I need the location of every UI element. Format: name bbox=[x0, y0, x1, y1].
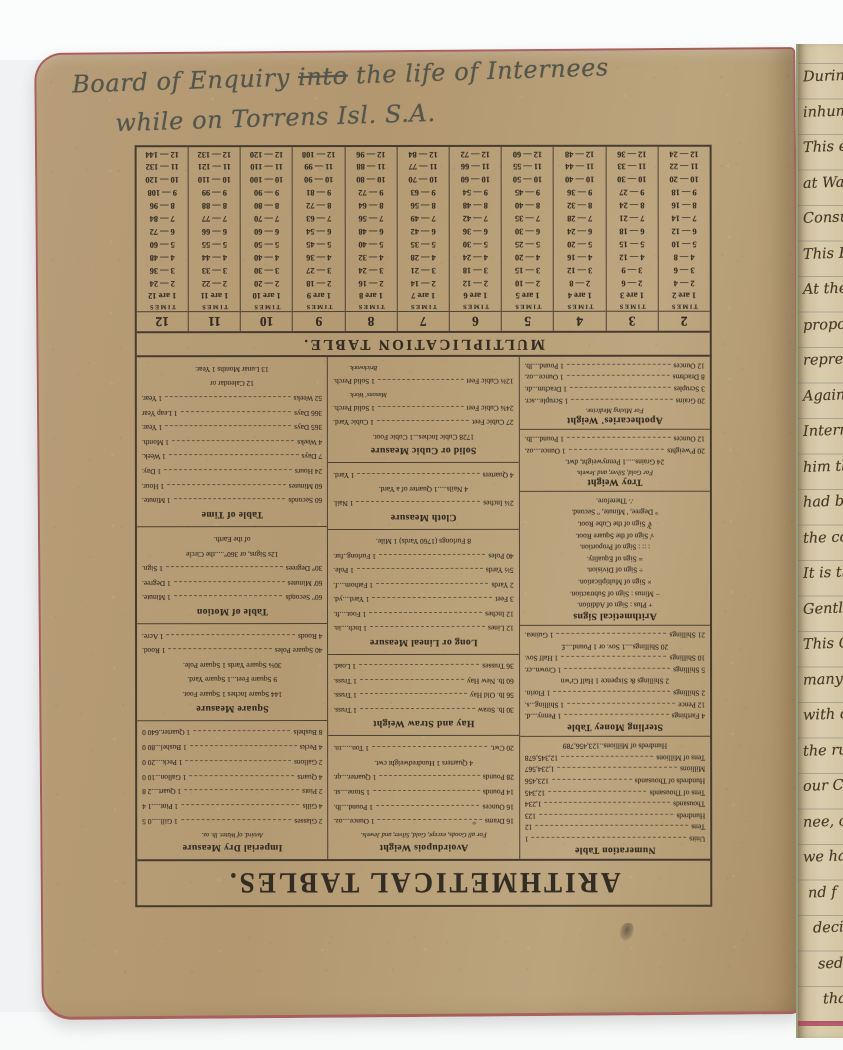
times-row: 5 — 45 bbox=[293, 237, 344, 250]
table-line: 12 Lines1 Inch....in. bbox=[333, 623, 513, 634]
line-left: 16 Drams bbox=[485, 816, 514, 827]
dash-leader bbox=[532, 837, 687, 838]
times-row: 10 — 70 bbox=[398, 172, 449, 185]
times-row: 3 — 30 bbox=[241, 263, 292, 276]
times-label: TIMES bbox=[137, 302, 188, 312]
table-line: 2 Shillings1 Florin. bbox=[525, 687, 705, 698]
line-left: 10 Shillings bbox=[670, 652, 706, 663]
times-row: 1 are 6 bbox=[450, 288, 501, 301]
line-right: 1 Pound....lb. bbox=[334, 801, 373, 812]
line-left: 4 Gills bbox=[303, 801, 323, 812]
line-right: 1 Leap Year bbox=[142, 407, 178, 418]
line-right: 1 Day. bbox=[142, 466, 161, 477]
line-left: 24 Hours bbox=[295, 466, 322, 477]
times-row: 9 — 18 bbox=[658, 185, 709, 198]
handwriting-fragment: At the c bbox=[803, 280, 843, 298]
dash-leader bbox=[376, 583, 488, 584]
line-left: 52 Weeks bbox=[294, 392, 323, 403]
table-line: 30¼ Square Yards 1 Square Pole. bbox=[142, 659, 322, 670]
section-title: Table of Motion bbox=[142, 606, 322, 617]
handwriting-fragment: nee, ch bbox=[803, 813, 843, 831]
times-row: 9 — 90 bbox=[241, 185, 292, 198]
line-left: Hundreds of Thousands bbox=[635, 775, 705, 786]
times-row: 1 are 2 bbox=[659, 288, 710, 301]
line-left: 30° Degrees bbox=[286, 563, 322, 574]
table-line: 40 Square Poles1 Rood. bbox=[142, 645, 322, 656]
line-left: 2 Gallons bbox=[294, 756, 323, 767]
line-left: 60 Seconds bbox=[288, 495, 322, 506]
times-head: 6 bbox=[450, 311, 501, 331]
table-section-arithmetical-signs: Arithmetical Signs+ Plus : Sign of Addit… bbox=[520, 492, 710, 626]
section-subtitle: For Mixing Medicine. bbox=[525, 406, 705, 414]
line-left: 24¾ Cubic Feet bbox=[466, 402, 513, 413]
paper-speck bbox=[290, 593, 294, 596]
line-right: 1 Guinea. bbox=[525, 629, 554, 640]
handwriting-fragment: This enq bbox=[803, 138, 843, 156]
handwriting-fragment: sed bbox=[818, 955, 843, 972]
times-row: 4 — 44 bbox=[189, 250, 240, 263]
dash-leader bbox=[165, 425, 291, 426]
dash-leader bbox=[379, 775, 480, 776]
times-row: 5 — 35 bbox=[398, 237, 449, 250]
table-line: ÷ Sign of Division. bbox=[525, 565, 705, 576]
times-column-8: 8TIMES1 are 82 — 163 — 244 — 325 — 406 —… bbox=[345, 147, 397, 331]
line-left: 3 Feet bbox=[495, 594, 513, 605]
handwriting-fragment: Consul bbox=[803, 209, 843, 227]
dash-leader bbox=[164, 469, 292, 470]
line-left: 4 Roods bbox=[298, 630, 322, 641]
times-row: 4 — 8 bbox=[659, 250, 710, 263]
table-line: 20 P'weights1 Ounce....oz. bbox=[525, 445, 705, 456]
table-line: 28 Pounds1 Quarter....qr. bbox=[333, 772, 513, 783]
handwriting-fragment: that bbox=[823, 990, 843, 1007]
dash-leader bbox=[360, 693, 467, 694]
notebook-back-cover: Board of Enquiry into the life of Intern… bbox=[34, 47, 803, 1020]
handwriting-fragment: Again bbox=[803, 387, 843, 404]
dash-leader bbox=[370, 626, 485, 627]
dash-leader bbox=[184, 790, 299, 791]
line-right: 1 Penny....d. bbox=[525, 711, 561, 722]
dash-leader bbox=[539, 813, 673, 814]
table-line: 20 Shillings....1 Sov. or 1 Pound....£ bbox=[525, 641, 705, 652]
times-row: 9 — 72 bbox=[345, 185, 396, 198]
line-right: 1 Ounce....oz. bbox=[334, 816, 375, 827]
times-row: 9 — 54 bbox=[450, 185, 501, 198]
handwriting-fragment: our Co bbox=[803, 777, 843, 795]
table-line: 4 Pecks1 Bushel...80 0 bbox=[142, 742, 322, 753]
dash-leader bbox=[561, 755, 653, 756]
dash-leader bbox=[556, 633, 666, 634]
times-row: 10 — 120 bbox=[137, 173, 188, 186]
times-row: 7 — 77 bbox=[189, 211, 240, 224]
times-row: 5 — 30 bbox=[450, 237, 501, 250]
multiplication-table-title: MULTIPLICATION TABLE. bbox=[137, 331, 710, 358]
times-row: 2 — 8 bbox=[554, 275, 605, 288]
times-row: 7 — 21 bbox=[606, 211, 657, 224]
line-left: 2 Yards bbox=[491, 579, 513, 590]
table-line: = Sign of Equality. bbox=[525, 553, 705, 564]
line-right: 1 Stone....st. bbox=[334, 786, 371, 797]
dash-leader bbox=[570, 387, 671, 388]
times-row: 6 — 30 bbox=[502, 224, 553, 237]
handwriting-fragment: propose bbox=[803, 315, 843, 333]
dash-leader bbox=[169, 455, 299, 456]
times-row: 4 — 36 bbox=[293, 250, 344, 263]
table-line: Tens of Millions12,345,678 bbox=[525, 752, 705, 763]
line-right: 12,345,678 bbox=[525, 752, 558, 763]
handwriting-fragment: Interne bbox=[803, 422, 843, 440]
line-left: Tens of Thousands bbox=[650, 787, 706, 798]
times-label: TIMES bbox=[345, 301, 396, 311]
section-title: Long or Lineal Measure bbox=[333, 637, 513, 648]
times-row: 11 — 132 bbox=[137, 160, 188, 173]
table-line: 24 Hours1 Day. bbox=[142, 466, 322, 477]
times-label: TIMES bbox=[293, 302, 344, 312]
times-row: 2 — 18 bbox=[293, 276, 344, 289]
table-line: 14 Pounds1 Stone....st. bbox=[334, 786, 514, 797]
table-line: ∛ Sign of the Cube Root. bbox=[525, 518, 705, 529]
times-row: 10 — 80 bbox=[345, 172, 396, 185]
times-row: 3 — 12 bbox=[554, 263, 605, 276]
times-row: 8 — 40 bbox=[502, 198, 553, 211]
line-left: 12 Ounces bbox=[673, 360, 704, 371]
times-column-7: 7TIMES1 are 72 — 143 — 214 — 285 — 356 —… bbox=[397, 147, 449, 331]
times-head: 2 bbox=[659, 311, 710, 331]
handwriting-fragment: This Co bbox=[803, 635, 843, 653]
times-row: 3 — 21 bbox=[398, 263, 449, 276]
times-head: 7 bbox=[398, 311, 449, 331]
line-right: 1 Shilling...s. bbox=[525, 699, 564, 710]
times-row: 3 — 36 bbox=[137, 263, 188, 276]
line-right: 123,456 bbox=[525, 775, 549, 786]
line-right: 1 Furlong..fur. bbox=[333, 550, 376, 561]
times-row: 9 — 81 bbox=[293, 185, 344, 198]
times-row: 10 — 40 bbox=[554, 172, 605, 185]
dash-leader bbox=[373, 790, 480, 791]
times-row: 3 — 18 bbox=[450, 263, 501, 276]
dash-leader bbox=[360, 679, 464, 680]
times-row: 5 — 10 bbox=[659, 237, 710, 250]
times-column-9: 9TIMES1 are 92 — 183 — 274 — 365 — 456 —… bbox=[293, 147, 345, 331]
table-line: × Sign of Multiplication. bbox=[525, 576, 705, 587]
table-line: 4 Quarters1 Yard. bbox=[333, 469, 513, 480]
section-title: Numeration Table bbox=[525, 845, 705, 856]
dash-leader bbox=[168, 648, 271, 649]
times-row: 8 — 16 bbox=[658, 198, 709, 211]
line-right: 1 Week. bbox=[142, 451, 166, 462]
line-left: 8 Drachms bbox=[673, 371, 705, 382]
section-title: Troy Weight bbox=[525, 477, 705, 488]
times-row: 2 — 24 bbox=[137, 276, 188, 289]
times-row: 2 — 20 bbox=[241, 276, 292, 289]
handwriting-fragment: we ha bbox=[803, 848, 843, 866]
times-row: 1 are 9 bbox=[293, 289, 344, 302]
caption-text: the life of Internees bbox=[347, 53, 609, 89]
table-line: Thousands1,234 bbox=[525, 798, 705, 809]
table-line: 12 Ounces1 Pound....lb. bbox=[525, 433, 705, 444]
times-row: 8 — 64 bbox=[345, 198, 396, 211]
table-line: 10 Shillings1 Half Sov. bbox=[525, 652, 705, 663]
table-line: 8 Drachms1 Ounce...oz. bbox=[524, 371, 704, 382]
times-row: 9 — 36 bbox=[554, 185, 605, 198]
times-row: 3 — 6 bbox=[659, 262, 710, 275]
handwriting-fragment: with o bbox=[803, 706, 843, 724]
dash-leader bbox=[548, 790, 646, 791]
handwriting-fragment: inhuma bbox=[803, 103, 843, 121]
times-row: 12 — 84 bbox=[397, 147, 448, 160]
line-right: 1 Yard. bbox=[333, 469, 354, 480]
table-line: 56 lb. Old Hay1 Truss. bbox=[333, 690, 513, 701]
table-line: − Minus : Sign of Subtraction. bbox=[525, 588, 705, 599]
line-right: 1 Pole. bbox=[333, 565, 354, 576]
line-right: 1 Nail. bbox=[333, 498, 353, 509]
table-section-sterling-money-table: Sterling Money Table4 Farthings1 Penny..… bbox=[520, 626, 710, 737]
table-line: 12⅔ Cubic Feet1 Solid Perch. bbox=[333, 375, 513, 386]
table-line: + Plus : Sign of Addition. bbox=[525, 599, 705, 610]
handwriting-fragment: deci bbox=[813, 919, 843, 936]
table-line: 60 Minutes1 Hour. bbox=[142, 480, 322, 491]
table-line: 12 Calendar or bbox=[142, 378, 322, 389]
times-head: 3 bbox=[606, 311, 657, 331]
dash-leader bbox=[372, 746, 487, 747]
line-left: 21 Shillings bbox=[669, 629, 705, 640]
table-section-long-or-lineal-measure: Long or Lineal Measure12 Lines1 Inch....… bbox=[328, 530, 518, 655]
handwriting-fragment: had be bbox=[803, 493, 843, 511]
dash-leader bbox=[379, 554, 485, 555]
line-left: Units bbox=[689, 833, 705, 844]
table-line: 4 Weeks1 Month. bbox=[142, 436, 322, 447]
table-line: 4 Roods1 Acre. bbox=[142, 630, 322, 641]
times-row: 7 — 70 bbox=[241, 211, 292, 224]
times-row: 11 — 99 bbox=[293, 160, 344, 173]
table-line: Tens12 bbox=[525, 821, 705, 832]
line-right: 1 Gallon...10 0 bbox=[142, 771, 186, 782]
times-head: 4 bbox=[554, 311, 605, 331]
times-row: 5 — 15 bbox=[606, 237, 657, 250]
times-row: 12 — 144 bbox=[137, 147, 188, 160]
table-line: 4 Quarts1 Gallon...10 0 bbox=[142, 771, 322, 782]
dash-leader bbox=[174, 595, 283, 596]
table-section-hay-and-straw-weight: Hay and Straw Weight30 lb. Straw1 Truss.… bbox=[328, 655, 518, 736]
table-line: 60" Seconds1 Minute. bbox=[142, 592, 322, 603]
line-right: 1 Drachm...dr. bbox=[524, 383, 567, 394]
line-right: 1 Ton......tn. bbox=[333, 742, 368, 753]
line-right: 1 Year. bbox=[142, 422, 162, 433]
table-line: √ Sign of the Square Root. bbox=[525, 530, 705, 541]
times-row: 10 — 100 bbox=[241, 173, 292, 186]
times-label: TIMES bbox=[502, 301, 553, 311]
times-row: 11 — 88 bbox=[345, 160, 396, 173]
table-line: 2 Yards1 Fathom....f. bbox=[333, 579, 513, 590]
table-line: 2 Shillings & Sixpence 1 Half Cr'wn bbox=[525, 676, 705, 687]
section-subtitle: For Gold, Silver, and Jewels. bbox=[525, 468, 705, 476]
handwriting-fragment: This En bbox=[803, 245, 843, 263]
table-section-cloth-measure: Cloth Measure2¼ Inches1 Nail.4 Nails....… bbox=[328, 463, 518, 530]
dash-leader bbox=[557, 767, 677, 768]
line-left: Thousands bbox=[673, 798, 705, 809]
dash-leader bbox=[571, 398, 673, 399]
times-row: 5 — 50 bbox=[241, 237, 292, 250]
times-row: 8 — 56 bbox=[398, 198, 449, 211]
table-line: ∴ Therefore. bbox=[525, 495, 705, 506]
dash-leader bbox=[180, 411, 291, 412]
times-row: 6 — 18 bbox=[606, 224, 657, 237]
dash-leader bbox=[356, 501, 480, 502]
times-row: 4 — 32 bbox=[345, 250, 396, 263]
table-section-numeration-table: Numeration TableUnits1Tens12Hundreds123T… bbox=[520, 737, 710, 859]
scanned-notebook-photo: { "colors": { "cover_paper": "#b49a73", … bbox=[0, 0, 843, 1050]
table-section-troy-weight: Troy WeightFor Gold, Silver, and Jewels.… bbox=[520, 430, 710, 492]
times-row: 1 are 8 bbox=[345, 289, 396, 302]
times-row: 8 — 72 bbox=[293, 198, 344, 211]
times-row: 2 — 16 bbox=[345, 276, 396, 289]
table-line: : :: : Sign of Proportion. bbox=[525, 541, 705, 552]
line-right: 1,234,567 bbox=[525, 764, 555, 775]
times-row: 12 — 24 bbox=[658, 146, 709, 159]
table-line: 27 Cubic Feet1 Cubic Yard. bbox=[333, 416, 513, 427]
times-row: 5 — 20 bbox=[554, 237, 605, 250]
times-row: 4 — 48 bbox=[137, 250, 188, 263]
dash-leader bbox=[185, 760, 291, 761]
dash-leader bbox=[544, 802, 670, 803]
table-line: 366 Days1 Leap Year bbox=[142, 407, 322, 418]
table-section-imperial-dry-measure: Imperial Dry MeasureAvoird. of Water. lb… bbox=[137, 721, 327, 860]
table-line: 7 Days1 Week. bbox=[142, 451, 322, 462]
section-title: Cloth Measure bbox=[333, 512, 513, 523]
line-right: 1 Florin. bbox=[525, 687, 550, 698]
line-right: 1 Half Sov. bbox=[525, 653, 558, 664]
times-column-2: 2TIMES1 are 22 — 43 — 64 — 85 — 106 — 12… bbox=[658, 147, 709, 331]
table-line: Hundreds123 bbox=[525, 810, 705, 821]
line-right: 1 Fathom....f. bbox=[333, 579, 373, 590]
times-head: 8 bbox=[345, 311, 396, 331]
table-line: Masons' Work. bbox=[333, 390, 513, 399]
table-line: 365 Days1 Year. bbox=[142, 422, 322, 433]
handwriting-fragment: During Jun bbox=[803, 67, 843, 86]
table-line: 12 Pence1 Shilling...s. bbox=[525, 699, 705, 710]
line-right: 1 Gill.....0 5 bbox=[142, 816, 178, 827]
dash-leader bbox=[360, 708, 475, 709]
line-left: 5 Shillings bbox=[673, 664, 705, 675]
arithmetical-tables-columns: Numeration TableUnits1Tens12Hundreds123T… bbox=[137, 357, 710, 859]
times-row: 6 — 36 bbox=[450, 224, 501, 237]
section-title: Hay and Straw Weight bbox=[333, 718, 513, 729]
times-row: 2 — 14 bbox=[398, 276, 449, 289]
line-left: 4 Farthings bbox=[672, 710, 705, 721]
times-label: TIMES bbox=[554, 301, 605, 311]
times-row: 6 — 60 bbox=[241, 224, 292, 237]
line-right: 1 Year. bbox=[142, 393, 162, 404]
caption-struck-word: into bbox=[298, 62, 349, 92]
line-right: 1 Minute. bbox=[142, 495, 171, 506]
ink-blot bbox=[618, 921, 636, 942]
section-title: Solid or Cubic Measure bbox=[333, 445, 513, 456]
times-row: 11 — 121 bbox=[189, 160, 240, 173]
handwriting-fragment: repres bbox=[803, 351, 843, 369]
handwriting-fragment: nd f bbox=[808, 884, 837, 901]
section-title: Apothecaries' Weight bbox=[525, 415, 705, 426]
handwriting-fragment: It is the bbox=[803, 564, 843, 582]
times-row: 6 — 66 bbox=[189, 224, 240, 237]
line-left: 20 Grains bbox=[676, 395, 705, 406]
table-line: 2¼ Inches1 Nail. bbox=[333, 498, 513, 509]
table-line: 12 Ounces1 Pound....lb. bbox=[524, 360, 704, 371]
times-column-10: 10TIMES1 are 102 — 203 — 304 — 405 — 506… bbox=[241, 147, 293, 331]
times-row: 1 are 5 bbox=[502, 288, 553, 301]
table-line: 24 Grains.....1 Pennyweight, dwt. bbox=[525, 456, 705, 467]
times-row: 1 are 3 bbox=[606, 288, 657, 301]
line-right: 1 Truss. bbox=[333, 704, 356, 715]
times-row: 4 — 16 bbox=[554, 250, 605, 263]
dash-leader bbox=[166, 634, 295, 635]
table-section-square-measure: Square Measure144 Square Inches 1 Square… bbox=[137, 624, 327, 721]
line-right: 1 Cubic Yard. bbox=[333, 417, 374, 428]
table-line: 16 Ounces1 Pound....lb. bbox=[334, 801, 514, 812]
table-line: 60' Minutes1 Degree. bbox=[142, 577, 322, 588]
times-row: 1 are 7 bbox=[398, 289, 449, 302]
line-left: 30 lb. Straw bbox=[478, 704, 514, 715]
times-row: 9 — 63 bbox=[398, 185, 449, 198]
table-line: 5½ Yards1 Pole. bbox=[333, 565, 513, 576]
times-row: 9 — 108 bbox=[137, 186, 188, 199]
table-line: 3 Feet1 Yard....yd. bbox=[333, 594, 513, 605]
line-left: 4 Pecks bbox=[300, 742, 323, 753]
times-column-3: 3TIMES1 are 32 — 63 — 94 — 125 — 156 — 1… bbox=[606, 147, 658, 331]
times-label: TIMES bbox=[398, 301, 449, 311]
times-row: 10 — 50 bbox=[502, 172, 553, 185]
paper-speck bbox=[472, 822, 476, 825]
dash-leader bbox=[567, 363, 671, 364]
line-left: 12 Ounces bbox=[673, 433, 704, 444]
table-line: of the Earth. bbox=[142, 533, 322, 544]
table-line: 4 Quarters 1 Hundredweight cwt. bbox=[333, 757, 513, 768]
handwritten-caption: Board of Enquiry into the life of Intern… bbox=[71, 44, 713, 145]
times-column-6: 6TIMES1 are 62 — 123 — 184 — 245 — 306 —… bbox=[450, 147, 502, 331]
table-section-table-of-motion: Table of Motion60" Seconds1 Minute.60' M… bbox=[137, 527, 327, 624]
times-head: 12 bbox=[137, 311, 188, 331]
times-row: 6 — 72 bbox=[137, 224, 188, 237]
line-right: 1 Pound....lb. bbox=[524, 360, 563, 371]
line-left: 12 Lines bbox=[488, 623, 514, 634]
times-row: 4 — 24 bbox=[450, 250, 501, 263]
line-right: 1 Inch....in. bbox=[333, 623, 367, 634]
times-row: 1 are 4 bbox=[554, 288, 605, 301]
red-page-edge bbox=[798, 1021, 843, 1026]
dash-leader bbox=[569, 448, 665, 449]
dash-leader bbox=[357, 473, 479, 474]
times-head: 11 bbox=[189, 311, 240, 331]
line-right: 1 Truss. bbox=[333, 675, 356, 686]
times-row: 3 — 33 bbox=[189, 263, 240, 276]
table-line: 1728 Cubic Inches...1 Cubic Foot. bbox=[333, 431, 513, 442]
times-row: 3 — 24 bbox=[345, 263, 396, 276]
line-left: 4 Quarters bbox=[483, 469, 514, 480]
line-left: 27 Cubic Feet bbox=[472, 416, 513, 427]
times-row: 10 — 60 bbox=[450, 172, 501, 185]
line-left: 40 Poles bbox=[488, 550, 513, 561]
times-row: 8 — 88 bbox=[189, 198, 240, 211]
times-row: 10 — 30 bbox=[606, 172, 657, 185]
times-row: 7 — 56 bbox=[345, 211, 396, 224]
times-row: 4 — 40 bbox=[241, 250, 292, 263]
times-row: 11 — 77 bbox=[397, 159, 448, 172]
times-column-5: 5TIMES1 are 52 — 103 — 154 — 205 — 256 —… bbox=[502, 147, 554, 331]
line-right: 123 bbox=[525, 810, 536, 821]
times-row: 7 — 49 bbox=[398, 211, 449, 224]
table-line: 4 Nails.....1 Quarter of a Yard. bbox=[333, 483, 513, 494]
table-line: 20 Cwt.1 Ton......tn. bbox=[333, 742, 513, 753]
table-line: Units1 bbox=[525, 833, 705, 844]
